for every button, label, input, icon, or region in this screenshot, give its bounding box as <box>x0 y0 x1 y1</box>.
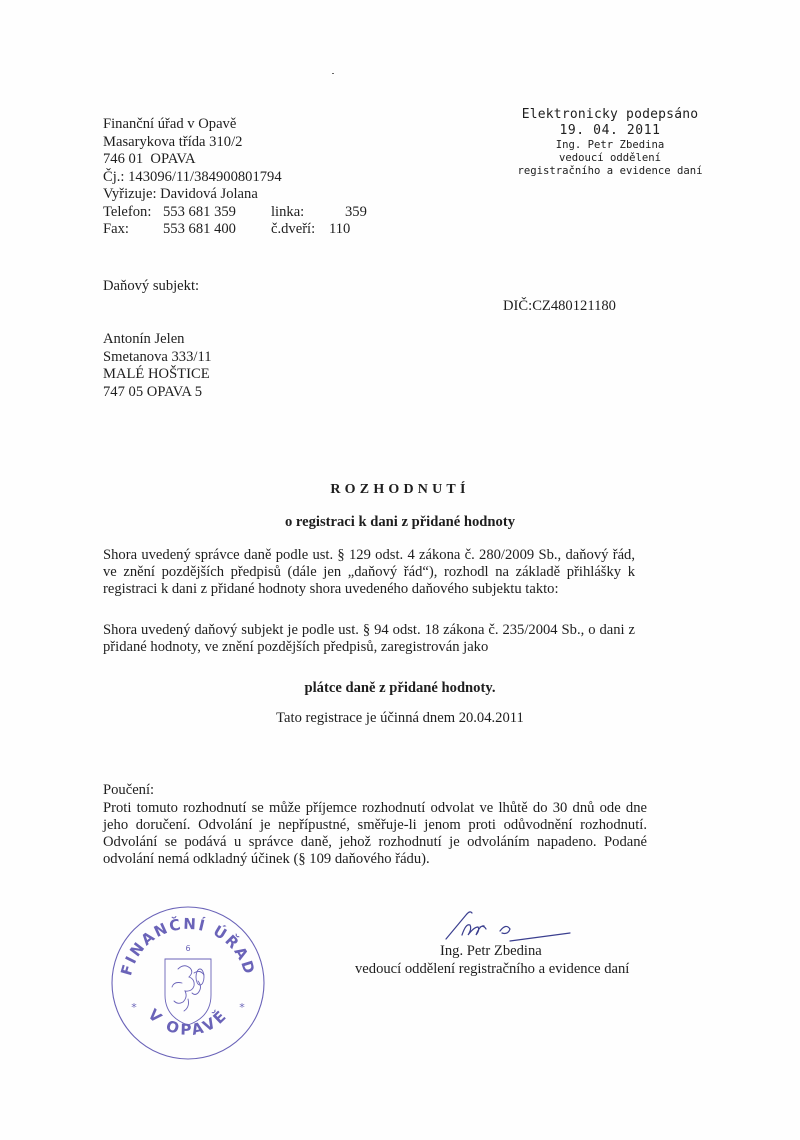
extension-number: 359 <box>345 204 367 220</box>
signatory-name: Ing. Petr Zbedina <box>440 943 542 960</box>
handwritten-signature <box>440 905 580 947</box>
sender-office: Finanční úřad v Opavě <box>103 116 367 134</box>
decision-paragraph-1: Shora uvedený správce daně podle ust. § … <box>103 547 635 598</box>
sender-street: Masarykova třída 310/2 <box>103 134 367 152</box>
esign-date: 19. 04. 2011 <box>490 123 730 139</box>
fax-row: Fax:553 681 400č.dveří:110 <box>103 221 367 239</box>
signatory-role: vedoucí oddělení registračního a evidenc… <box>355 961 629 978</box>
fax-label: Fax: <box>103 221 163 238</box>
esign-role-line2: registračního a evidence daní <box>490 165 730 178</box>
fax-number: 553 681 400 <box>163 221 271 238</box>
stamp-star-left: * <box>131 1001 137 1014</box>
handled-by: Vyřizuje: Davidová Jolana <box>103 186 367 204</box>
sender-city: 746 01 OPAVA <box>103 151 367 169</box>
sender-block: Finanční úřad v Opavě Masarykova třída 3… <box>103 116 367 239</box>
scan-speck <box>332 73 334 74</box>
extension-label: linka: <box>271 204 345 221</box>
recipient-street: Smetanova 333/11 <box>103 349 212 367</box>
phone-number: 553 681 359 <box>163 204 271 221</box>
notice-label: Poučení: <box>103 782 154 799</box>
recipient-name: Antonín Jelen <box>103 331 212 349</box>
door-number: 110 <box>329 221 350 237</box>
esign-name: Ing. Petr Zbedina <box>490 139 730 152</box>
effective-date: Tato registrace je účinná dnem 20.04.201… <box>0 710 800 727</box>
official-stamp: FINANČNÍ ÚŘAD V OPAVĚ 6 * * <box>108 903 268 1063</box>
tax-subject-label: Daňový subjekt: <box>103 278 199 295</box>
phone-label: Telefon: <box>103 204 163 221</box>
svg-text:V OPAVĚ: V OPAVĚ <box>144 1005 231 1039</box>
decision-paragraph-2: Shora uvedený daňový subjekt je podle us… <box>103 622 635 656</box>
notice-text: Proti tomuto rozhodnutí se může příjemce… <box>103 800 647 868</box>
esign-role-line1: vedoucí oddělení <box>490 152 730 165</box>
phone-row: Telefon:553 681 359linka:359 <box>103 204 367 222</box>
stamp-star-right: * <box>239 1001 245 1014</box>
door-label: č.dveří: <box>271 221 329 238</box>
stamp-bottom-text: V OPAVĚ <box>144 1005 231 1039</box>
esign-label: Elektronicky podepsáno <box>490 107 730 123</box>
tax-id-dic: DIČ:CZ480121180 <box>503 298 616 315</box>
coat-of-arms-shield-icon <box>165 959 211 1025</box>
recipient-address: Antonín Jelen Smetanova 333/11 MALÉ HOŠT… <box>103 331 212 401</box>
document-page: Finanční úřad v Opavě Masarykova třída 3… <box>0 0 800 1140</box>
document-subtitle: o registraci k dani z přidané hodnoty <box>0 514 800 531</box>
reference-number: Čj.: 143096/11/384900801794 <box>103 169 367 187</box>
recipient-town: MALÉ HOŠTICE <box>103 366 212 384</box>
registration-status: plátce daně z přidané hodnoty. <box>0 680 800 697</box>
stamp-number: 6 <box>185 944 190 953</box>
document-title: ROZHODNUTÍ <box>0 481 800 498</box>
electronic-signature-block: Elektronicky podepsáno 19. 04. 2011 Ing.… <box>490 107 730 178</box>
recipient-postal: 747 05 OPAVA 5 <box>103 384 212 402</box>
